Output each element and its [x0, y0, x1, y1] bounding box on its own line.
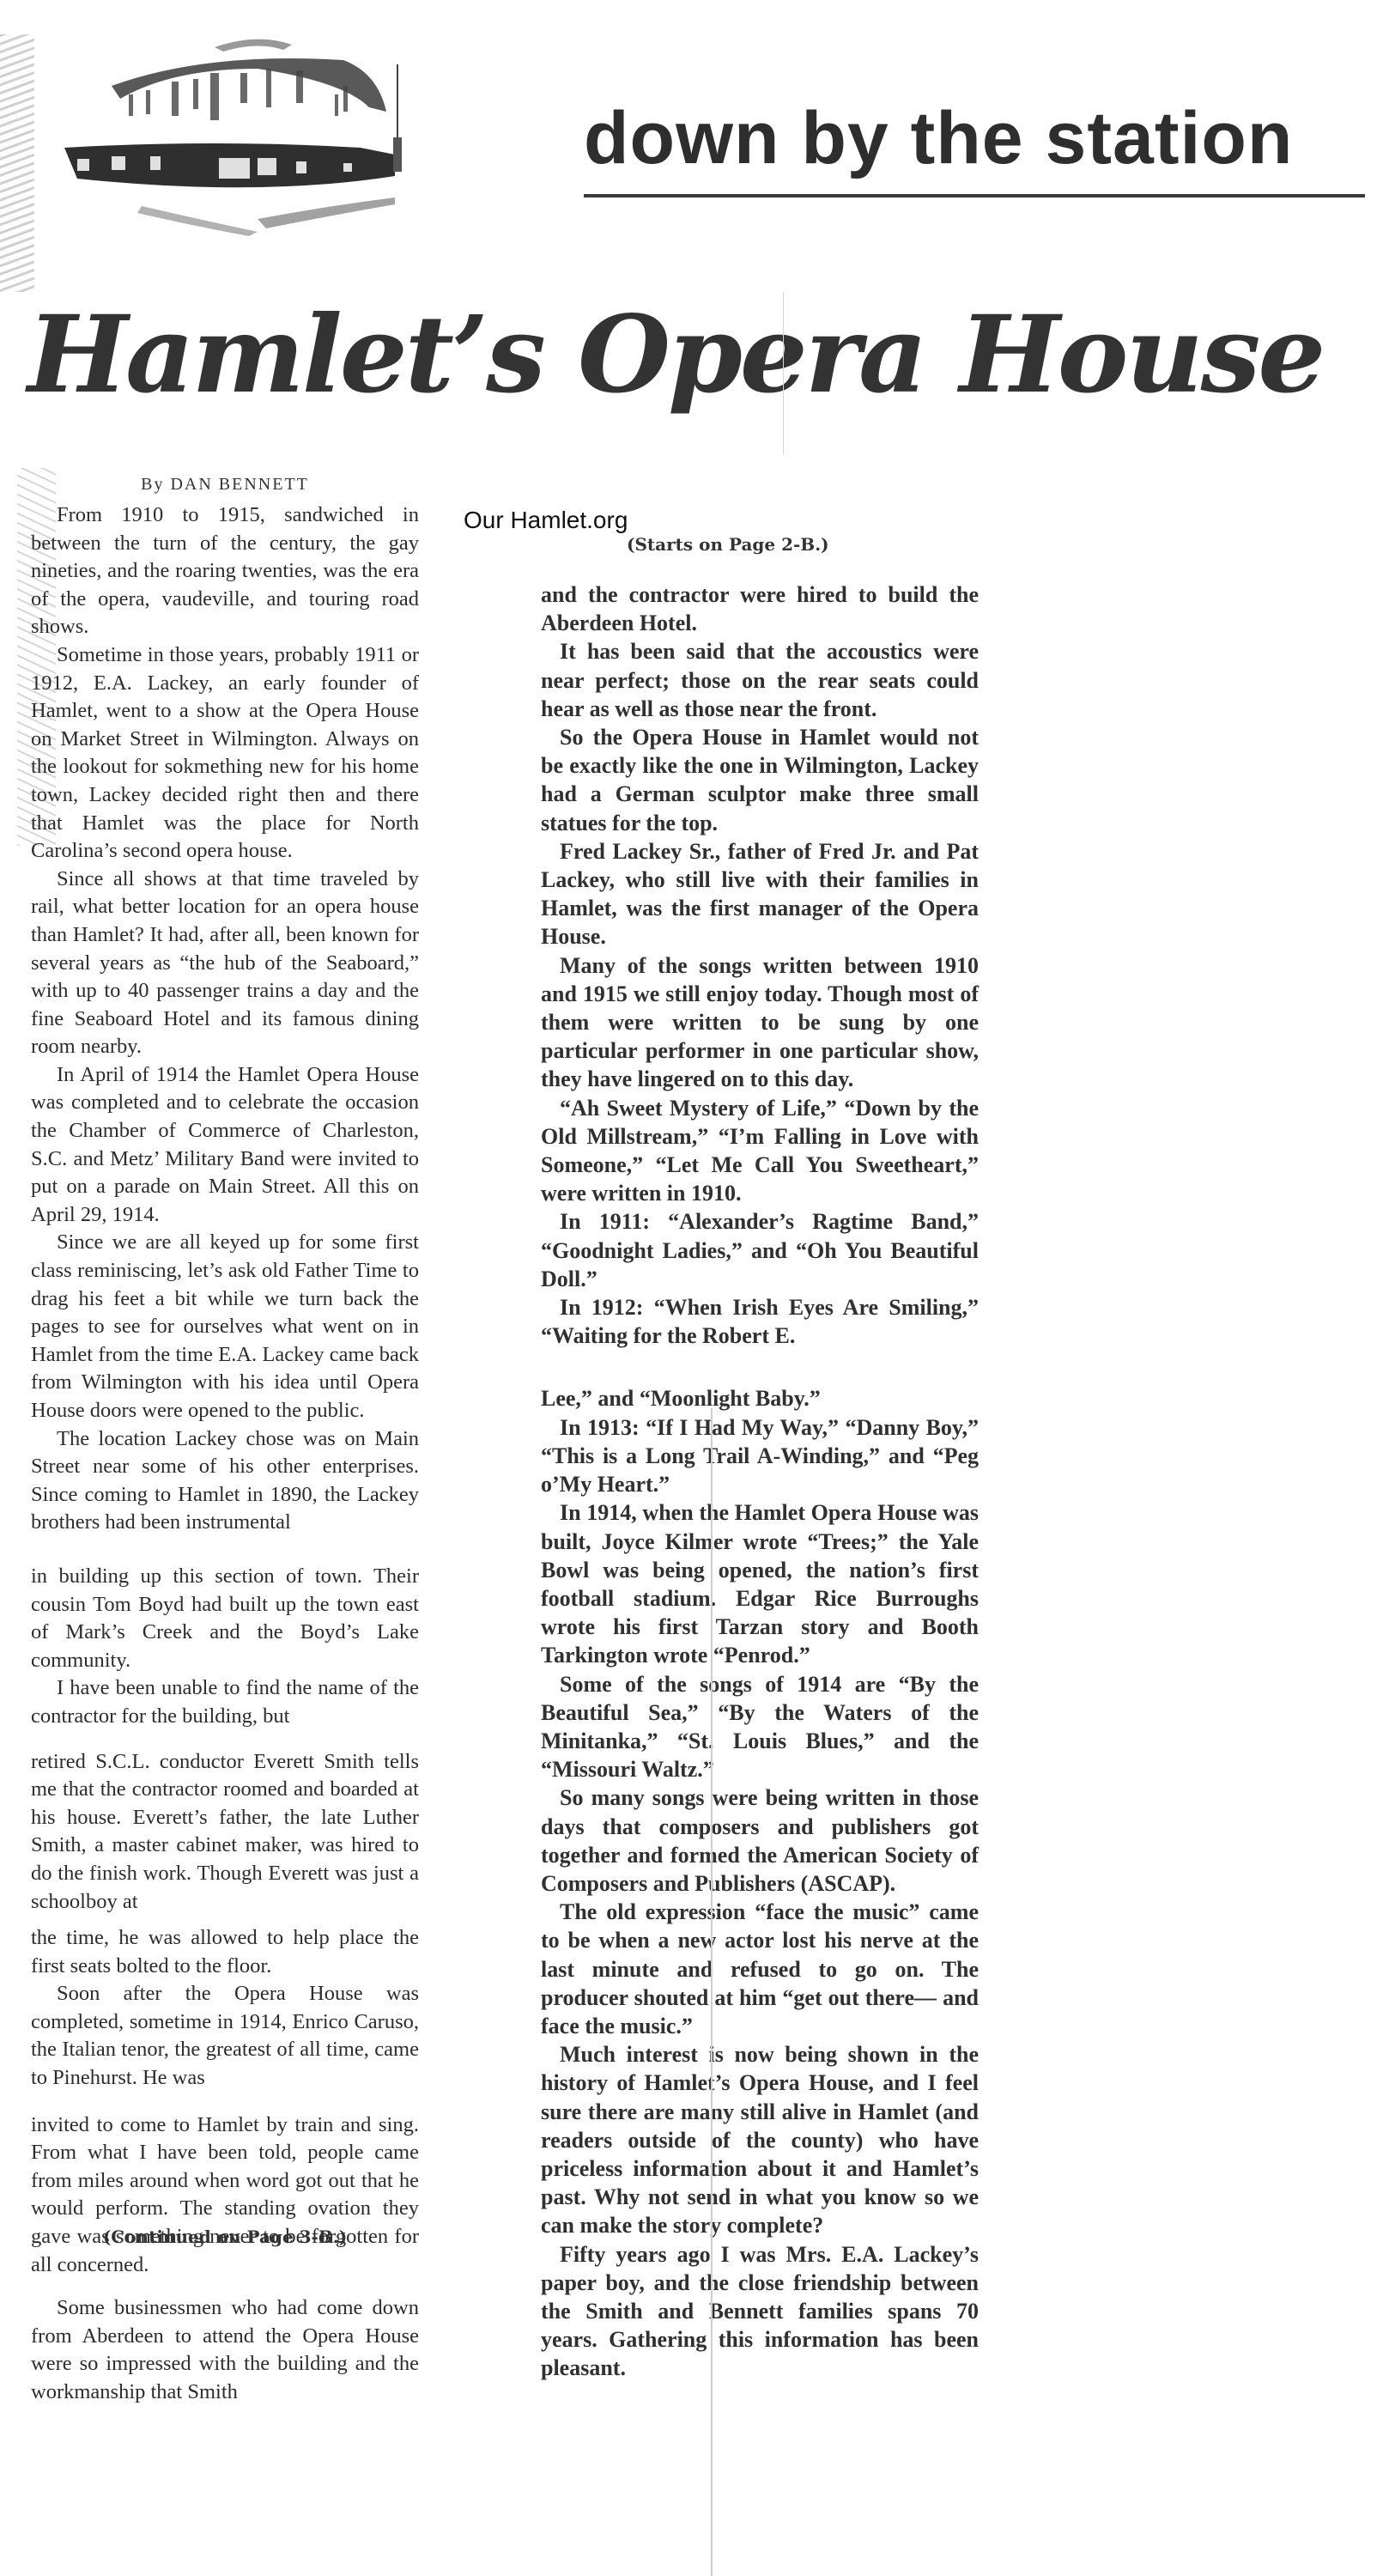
paragraph: Since we are all keyed up for some first… — [31, 1229, 419, 1425]
paragraph: “Ah Sweet Mystery of Life,” “Down by the… — [541, 1094, 979, 1208]
starts-note: (Starts on Page 2-B.) — [627, 534, 953, 555]
paragraph: Some of the songs of 1914 are “By the Be… — [541, 1670, 979, 1784]
section-kicker: down by the station — [584, 101, 1293, 175]
paragraph: and the contractor were hired to build t… — [541, 580, 979, 637]
paragraph: Since all shows at that time traveled by… — [31, 866, 419, 1061]
paragraph: Fifty years ago I was Mrs. E.A. Lackey’s… — [541, 2240, 979, 2383]
clipping-gap — [31, 1537, 419, 1563]
paragraph: In 1911: “Alexander’s Ragtime Band,” “Go… — [541, 1207, 979, 1293]
kicker-underline — [584, 194, 1365, 197]
paragraph: In 1913: “If I Had My Way,” “Danny Boy,”… — [541, 1413, 979, 1499]
continued-note: (Continued on Page 3-B.) — [31, 2227, 419, 2247]
paragraph: the time, he was allowed to help place t… — [31, 1924, 419, 1980]
paragraph: retired S.C.L. conductor Everett Smith t… — [31, 1748, 419, 1917]
paragraph: It has been said that the accoustics wer… — [541, 637, 979, 723]
paragraph: in building up this section of town. The… — [31, 1563, 419, 1674]
watermark: Our Hamlet.org — [464, 507, 628, 534]
paragraph: In 1912: “When Irish Eyes Are Smiling,” … — [541, 1293, 979, 1350]
clipping-gap — [31, 1731, 419, 1748]
paragraph: I have been unable to find the name of t… — [31, 1674, 419, 1730]
paragraph: Soon after the Opera House was completed… — [31, 1980, 419, 2092]
paragraph: So the Opera House in Hamlet would not b… — [541, 723, 979, 837]
clipping-gap — [31, 2093, 419, 2111]
paragraph: Fred Lackey Sr., father of Fred Jr. and … — [541, 837, 979, 951]
article-column-left: From 1910 to 1915, sandwiched in between… — [31, 501, 419, 2407]
paragraph: So many songs were being written in thos… — [541, 1783, 979, 1898]
paragraph: The location Lackey chose was on Main St… — [31, 1425, 419, 1537]
paragraph: Sometime in those years, probably 1911 o… — [31, 641, 419, 866]
paragraph: Much interest is now being shown in the … — [541, 2040, 979, 2239]
paper-fold-line — [783, 292, 784, 455]
paragraph: The old expression “face the music” came… — [541, 1898, 979, 2040]
paragraph: invited to come to Hamlet by train and s… — [31, 2111, 419, 2280]
station-photo — [0, 0, 532, 292]
article-column-right: and the contractor were hired to build t… — [541, 580, 979, 2383]
paragraph: In 1914, when the Hamlet Opera House was… — [541, 1498, 979, 1669]
paragraph: In April of 1914 the Hamlet Opera House … — [31, 1061, 419, 1230]
paragraph: Some businessmen who had come down from … — [31, 2294, 419, 2406]
paragraph: Lee,” and “Moonlight Baby.” — [541, 1384, 979, 1413]
paper-fold-line — [711, 1408, 713, 2576]
headline: Hamlet’s Opera House — [27, 302, 1323, 409]
clipping-gap — [31, 2279, 419, 2294]
paragraph: From 1910 to 1915, sandwiched in between… — [31, 501, 419, 641]
clipping-gap — [541, 1350, 979, 1384]
byline: By DAN BENNETT — [31, 475, 419, 495]
paragraph: Many of the songs written between 1910 a… — [541, 951, 979, 1094]
